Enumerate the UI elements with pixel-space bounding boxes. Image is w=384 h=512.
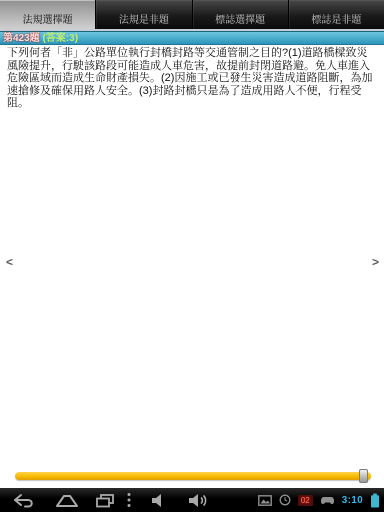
question-number: 第423題 [3, 33, 40, 44]
home-button[interactable] [52, 488, 82, 512]
back-icon [12, 493, 36, 508]
recents-button[interactable] [92, 488, 118, 512]
red-notification-badge: 02 [298, 495, 313, 506]
volume-up-icon [187, 493, 211, 508]
tab-bar: 法規選擇題 法規是非題 標誌選擇題 標誌是非題 [0, 0, 384, 31]
back-button[interactable] [8, 488, 40, 512]
tab-sign-true-false[interactable]: 標誌是非題 [289, 0, 384, 29]
seekbar-thumb[interactable] [359, 469, 368, 483]
tab-law-true-false[interactable]: 法規是非題 [96, 0, 192, 29]
next-question-button[interactable]: > [372, 255, 379, 269]
prev-question-button[interactable]: < [6, 255, 13, 269]
volume-up-button[interactable] [184, 488, 214, 512]
menu-overflow-button[interactable] [122, 488, 136, 512]
question-header: 第423題 (答案:3) [0, 31, 384, 45]
battery-icon [370, 493, 380, 508]
answer-label: (答案:3) [42, 33, 78, 44]
volume-down-button[interactable] [146, 488, 172, 512]
system-navigation-bar: 02 3:10 [0, 488, 384, 512]
home-icon [55, 493, 79, 508]
menu-overflow-icon [126, 492, 132, 508]
question-seekbar[interactable] [15, 472, 371, 480]
screenshot-image-icon [258, 495, 272, 506]
tab-sign-multiple-choice[interactable]: 標誌選擇題 [193, 0, 289, 29]
recents-icon [95, 493, 115, 508]
clock-time: 3:10 [342, 495, 363, 506]
gamepad-icon [320, 495, 335, 505]
tab-law-multiple-choice[interactable]: 法規選擇題 [0, 0, 96, 29]
question-text: 下列何者「非」公路單位執行封橋封路等交通管制之目的?(1)道路橋樑致災風險提升，… [7, 47, 378, 110]
volume-down-icon [149, 493, 169, 508]
status-icon-area: 02 3:10 [258, 488, 380, 512]
clock-icon [279, 494, 291, 506]
